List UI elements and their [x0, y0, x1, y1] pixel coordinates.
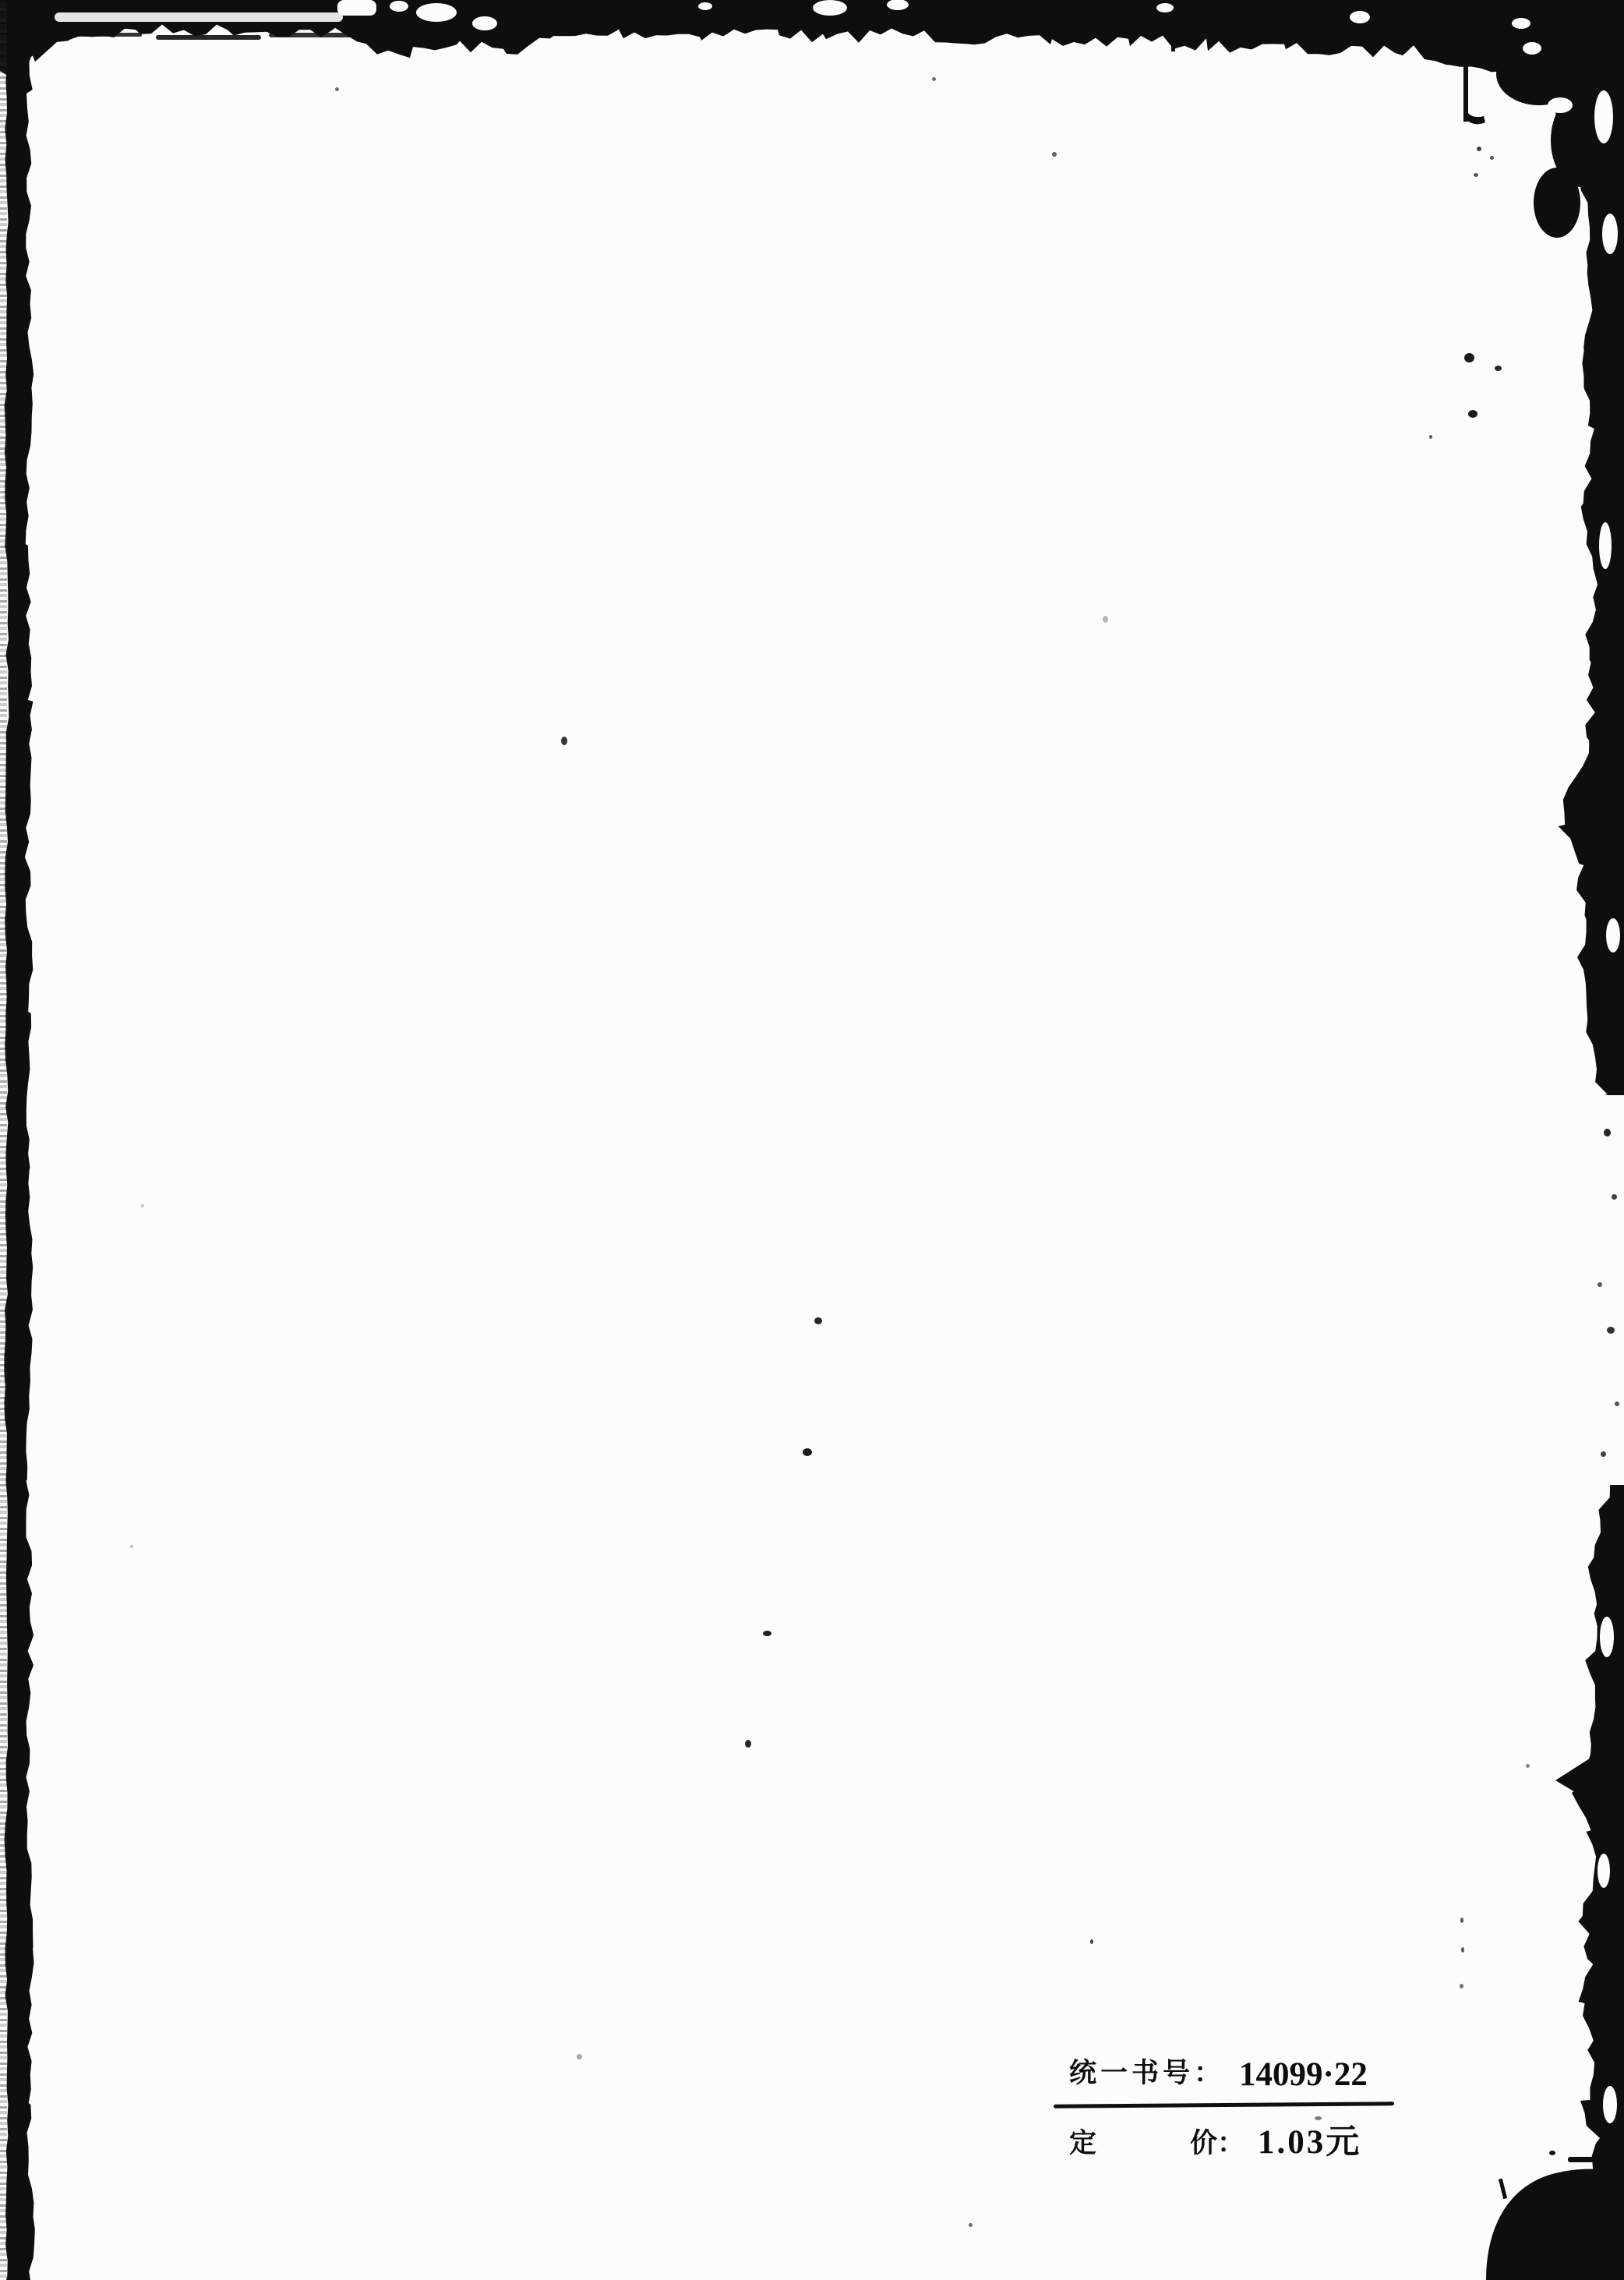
ink-specks-layer — [0, 0, 1624, 2280]
ink-speck — [1601, 1451, 1606, 1457]
ink-speck — [1607, 1327, 1615, 1334]
ink-speck — [814, 1317, 822, 1324]
ink-speck — [932, 77, 936, 81]
price-value: 1.03元 — [1258, 2116, 1361, 2163]
ink-speck — [1495, 366, 1502, 371]
price-row: 定 价： 1.03元 — [1054, 2125, 1396, 2161]
ink-speck — [1477, 147, 1481, 151]
ink-speck — [803, 1448, 812, 1456]
ink-speck — [1490, 156, 1494, 160]
ink-speck — [1615, 1402, 1619, 1406]
colophon-block: 统一书号： 14099·22 定 价： 1.03元 — [1054, 2053, 1396, 2186]
price-label-part2: 价： — [1190, 2122, 1244, 2161]
book-number-value: 14099·22 — [1239, 2056, 1368, 2094]
price-label-part1: 定 — [1069, 2122, 1096, 2161]
colophon-divider-line — [1054, 2101, 1394, 2108]
ink-speck — [1103, 616, 1108, 623]
ink-speck — [1460, 1918, 1463, 1923]
ink-speck — [1052, 152, 1057, 157]
ink-speck — [1460, 1984, 1463, 1988]
ink-speck — [1468, 410, 1477, 418]
ink-speck — [1461, 1947, 1464, 1953]
book-number-row: 统一书号： 14099·22 — [1054, 2053, 1396, 2092]
ink-speck — [969, 2223, 973, 2227]
ink-speck — [335, 87, 339, 91]
ink-speck — [763, 1631, 771, 1636]
ink-speck — [561, 737, 567, 745]
ink-speck — [1526, 1764, 1530, 1768]
ink-speck — [1612, 1194, 1617, 1200]
ink-speck — [141, 1204, 144, 1207]
ink-speck — [130, 1545, 133, 1548]
book-number-label: 统一书号： — [1069, 2052, 1225, 2091]
ink-speck — [1429, 435, 1432, 439]
ink-speck — [1604, 1129, 1611, 1136]
ink-speck — [1464, 353, 1474, 362]
scanned-page: 统一书号： 14099·22 定 价： 1.03元 — [0, 0, 1624, 2280]
ink-speck — [1090, 1939, 1093, 1944]
ink-speck — [577, 2054, 582, 2059]
ink-speck — [1474, 173, 1478, 177]
ink-speck — [1598, 1282, 1602, 1287]
ink-speck — [745, 1740, 751, 1748]
